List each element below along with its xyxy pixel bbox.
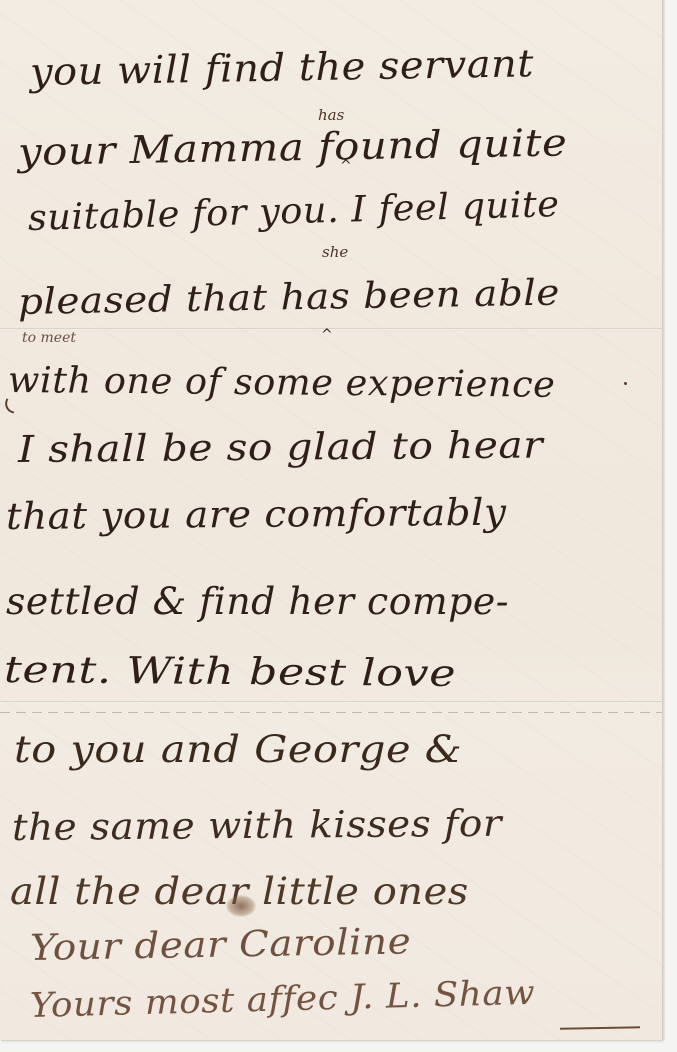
- ink-blot: [226, 895, 256, 917]
- letter-line-6: I shall be so glad to hear: [18, 423, 544, 471]
- letter-line-5: with one of some experience: [8, 360, 556, 406]
- letter-line-8: settled & find her compe-: [6, 580, 509, 623]
- margin-mark: [2, 398, 17, 413]
- letter-line-9: tent. With best love: [4, 648, 456, 695]
- ink-dot: [624, 382, 627, 385]
- insertion-she: she: [322, 243, 348, 261]
- insertion-to-meet: to meet: [22, 330, 76, 346]
- letter-line-7: that you are comfortably: [6, 491, 507, 538]
- letter-line-3: suitable for you. I feel quite: [27, 184, 560, 239]
- insertion-has: has: [318, 106, 344, 124]
- letter-line-4: pleased that has been able: [18, 273, 561, 323]
- signature-underline: [560, 1026, 640, 1029]
- letter-line-10: to you and George &: [14, 728, 462, 771]
- letter-line-13: Your dear Caroline: [30, 921, 412, 969]
- letter-line-11: the same with kisses for: [12, 802, 502, 849]
- page-edge: [662, 0, 665, 1040]
- fold-line-lower: [0, 701, 662, 703]
- letter-line-2: your Mamma found quite: [18, 120, 568, 174]
- letter-page: has ^ she ^ to meet you will find the se…: [0, 0, 662, 1040]
- caret-mark: ^: [321, 327, 333, 343]
- fold-line-lower-dashed: [0, 712, 662, 713]
- signature-line: Yours most affec J. L. Shaw: [29, 973, 535, 1026]
- letter-line-1: you will find the servant: [30, 41, 535, 94]
